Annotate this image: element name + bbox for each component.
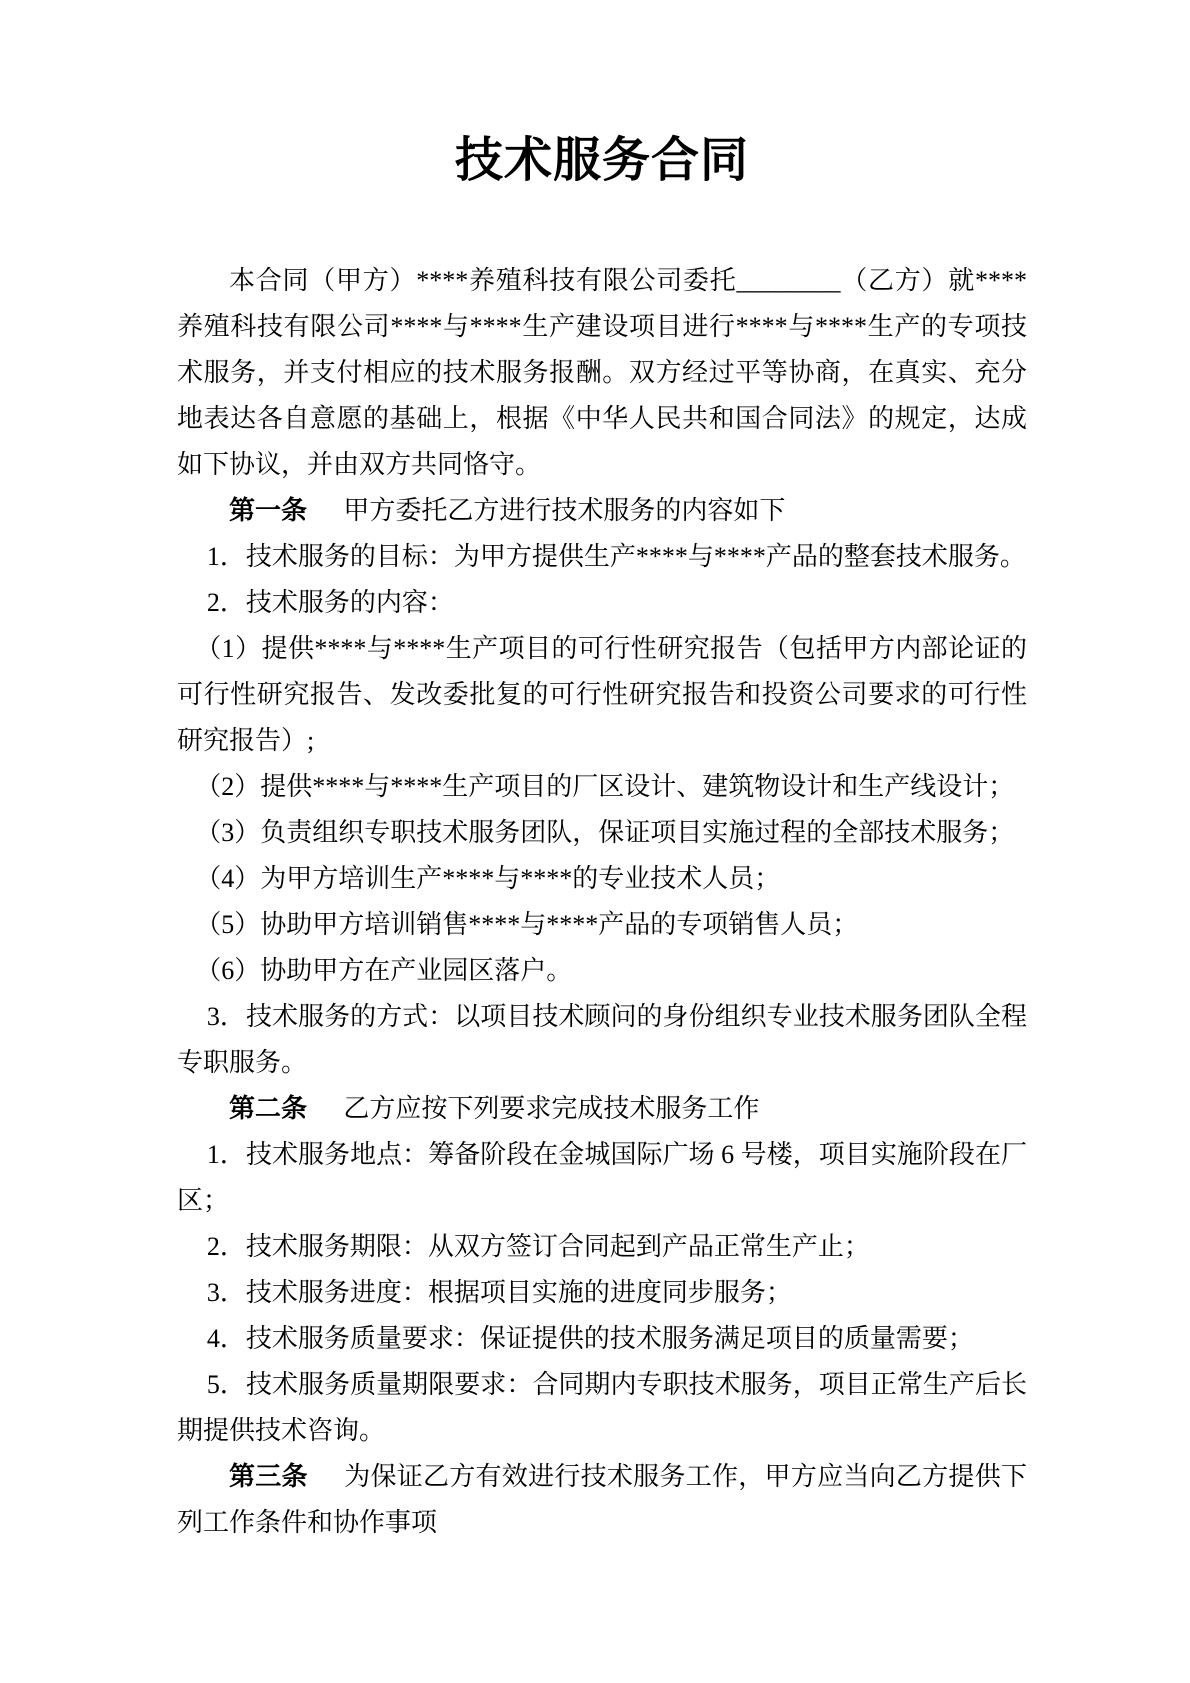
paragraph: 3．技术服务进度：根据项目实施的进度同步服务； bbox=[177, 1270, 1027, 1316]
paragraph: 3．技术服务的方式：以项目技术顾问的身份组织专业技术服务团队全程专职服务。 bbox=[177, 994, 1027, 1086]
paragraph: 2．技术服务的内容： bbox=[177, 580, 1027, 626]
paragraph: 本合同（甲方）****养殖科技有限公司委托________（乙方）就****养殖… bbox=[177, 258, 1027, 488]
paragraph: （5）协助甲方培训销售****与****产品的专项销售人员； bbox=[177, 902, 1027, 948]
paragraph: 4．技术服务质量要求：保证提供的技术服务满足项目的质量需要； bbox=[177, 1316, 1027, 1362]
paragraph: 2．技术服务期限：从双方签订合同起到产品正常生产止； bbox=[177, 1224, 1027, 1270]
paragraph: （6）协助甲方在产业园区落户。 bbox=[177, 948, 1027, 994]
paragraph: 1．技术服务的目标：为甲方提供生产****与****产品的整套技术服务。 bbox=[177, 534, 1027, 580]
clause-heading: 第一条甲方委托乙方进行技术服务的内容如下 bbox=[177, 488, 1027, 534]
clause-label: 第一条 bbox=[229, 496, 307, 525]
paragraph: （4）为甲方培训生产****与****的专业技术人员； bbox=[177, 856, 1027, 902]
paragraph: （2）提供****与****生产项目的厂区设计、建筑物设计和生产线设计； bbox=[177, 764, 1027, 810]
paragraph: （1）提供****与****生产项目的可行性研究报告（包括甲方内部论证的可行性研… bbox=[177, 626, 1027, 764]
clause-heading: 第二条乙方应按下列要求完成技术服务工作 bbox=[177, 1086, 1027, 1132]
clause-label: 第二条 bbox=[229, 1094, 307, 1123]
document-title: 技术服务合同 bbox=[177, 130, 1027, 192]
paragraph: 5．技术服务质量期限要求：合同期内专职技术服务，项目正常生产后长期提供技术咨询。 bbox=[177, 1362, 1027, 1454]
clause-text: 乙方应按下列要求完成技术服务工作 bbox=[343, 1094, 759, 1123]
contract-page: 技术服务合同 本合同（甲方）****养殖科技有限公司委托________（乙方）… bbox=[0, 0, 1190, 1683]
document-body: 本合同（甲方）****养殖科技有限公司委托________（乙方）就****养殖… bbox=[177, 258, 1027, 1546]
clause-label: 第三条 bbox=[229, 1462, 308, 1491]
paragraph: 1．技术服务地点：筹备阶段在金城国际广场 6 号楼，项目实施阶段在厂区； bbox=[177, 1132, 1027, 1224]
paragraph: （3）负责组织专职技术服务团队，保证项目实施过程的全部技术服务； bbox=[177, 810, 1027, 856]
clause-heading: 第三条为保证乙方有效进行技术服务工作，甲方应当向乙方提供下列工作条件和协作事项 bbox=[177, 1454, 1027, 1546]
clause-text: 甲方委托乙方进行技术服务的内容如下 bbox=[343, 496, 785, 525]
